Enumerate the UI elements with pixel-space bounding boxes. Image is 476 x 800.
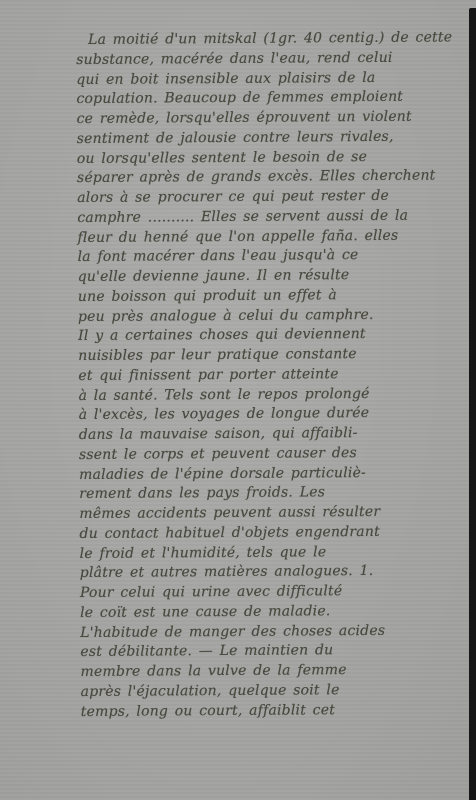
scan-edge-bar bbox=[469, 8, 476, 800]
manuscript-line: mêmes accidents peuvent aussi résulter bbox=[79, 502, 457, 524]
manuscript-line: après l'éjaculation, quelque soit le bbox=[81, 680, 459, 702]
manuscript-line: sentiment de jalousie contre leurs rival… bbox=[77, 127, 455, 149]
manuscript-line: la font macérer dans l'eau jusqu'à ce bbox=[78, 246, 456, 268]
manuscript-line: nuisibles par leur pratique constante bbox=[78, 344, 456, 366]
manuscript-line: qui en boit insensible aux plaisirs de l… bbox=[76, 68, 454, 90]
manuscript-line: qu'elle devienne jaune. Il en résulte bbox=[78, 265, 456, 287]
manuscript-line: rement dans les pays froids. Les bbox=[79, 483, 457, 505]
manuscript-line: ou lorsqu'elles sentent le besoin de se bbox=[77, 147, 455, 169]
manuscript-line: dans la mauvaise saison, qui affaibli- bbox=[79, 423, 457, 445]
manuscript-line: copulation. Beaucoup de femmes emploient bbox=[76, 88, 454, 110]
manuscript-line: membre dans la vulve de la femme bbox=[80, 660, 458, 682]
manuscript-line: camphre .......... Elles se servent auss… bbox=[77, 206, 455, 228]
manuscript-line: est débilitante. — Le maintien du bbox=[80, 641, 458, 663]
manuscript-line: temps, long ou court, affaiblit cet bbox=[81, 700, 459, 722]
manuscript-line: à la santé. Tels sont le repos prolongé bbox=[78, 384, 456, 406]
manuscript-line: et qui finissent par porter atteinte bbox=[78, 364, 456, 386]
manuscript-line: alors à se procurer ce qui peut rester d… bbox=[77, 186, 455, 208]
manuscript-line: plâtre et autres matières analogues. 1. bbox=[80, 562, 458, 584]
manuscript-line: le coït est une cause de maladie. bbox=[80, 601, 458, 623]
manuscript-line: ssent le corps et peuvent causer des bbox=[79, 443, 457, 465]
handwritten-text: La moitié d'un mitskal (1gr. 40 centig.)… bbox=[76, 28, 459, 722]
manuscript-line: maladies de l'épine dorsale particuliè- bbox=[79, 463, 457, 485]
manuscript-line: L'habitude de manger des choses acides bbox=[80, 621, 458, 643]
manuscript-line: une boisson qui produit un effet à bbox=[78, 285, 456, 307]
manuscript-line: fleur du henné que l'on appelle faña. el… bbox=[77, 226, 455, 248]
manuscript-line: Pour celui qui urine avec difficulté bbox=[80, 581, 458, 603]
manuscript-line: séparer après de grands excès. Elles che… bbox=[77, 167, 455, 189]
manuscript-page: La moitié d'un mitskal (1gr. 40 centig.)… bbox=[0, 0, 476, 800]
manuscript-line: La moitié d'un mitskal (1gr. 40 centig.)… bbox=[76, 28, 454, 50]
manuscript-line: peu près analogue à celui du camphre. bbox=[78, 305, 456, 327]
manuscript-line: à l'excès, les voyages de longue durée bbox=[79, 404, 457, 426]
manuscript-line: ce remède, lorsqu'elles éprouvent un vio… bbox=[77, 107, 455, 129]
manuscript-line: le froid et l'humidité, tels que le bbox=[80, 542, 458, 564]
manuscript-line: substance, macérée dans l'eau, rend celu… bbox=[76, 48, 454, 70]
manuscript-line: Il y a certaines choses qui deviennent bbox=[78, 325, 456, 347]
manuscript-line: du contact habituel d'objets engendrant bbox=[79, 522, 457, 544]
